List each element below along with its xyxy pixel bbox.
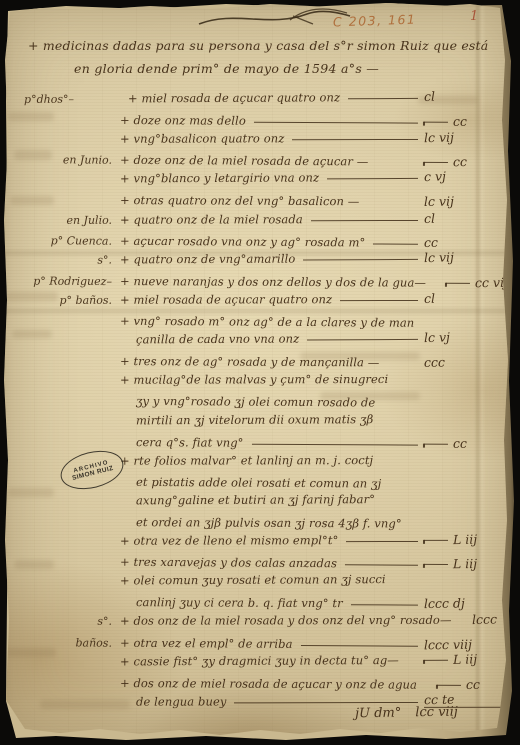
entry-row: + vng°basalicon quatro onzlc vij: [16, 125, 512, 146]
entry-text: + olei comun ʒuy rosati et comun an ʒj s…: [120, 572, 386, 587]
amount-value: cl: [424, 89, 435, 104]
dash-rule: [311, 220, 418, 221]
entry-row: + vng°blanco y letargirio vna onzc vj: [16, 164, 512, 187]
entry-row: mirtili an ʒj vitelorum dii oxum matis ʒ…: [16, 405, 512, 428]
amount-cell: L iij: [424, 532, 512, 547]
amount-value: lc vij: [424, 130, 454, 146]
total-row: jU dm° lcc viij: [355, 704, 505, 722]
margin-label: s°.: [16, 615, 120, 628]
amount-cell: cl: [424, 291, 512, 306]
dash-rule: [346, 541, 418, 542]
entry-row: p°dhos°–+ miel rosada de açucar quatro o…: [16, 83, 512, 106]
amount-value: lc vij: [424, 249, 454, 265]
dash-rule: [303, 259, 418, 261]
entry-row: çanilla de cada vno vna onzlc vj: [16, 325, 512, 348]
entry-text: + quatro onz de vng°amarillo: [120, 251, 295, 266]
total-amount: lcc viij: [415, 705, 458, 721]
amount-value: L iij: [453, 532, 478, 548]
dash-rule: [307, 339, 418, 341]
page-number: 1: [470, 9, 478, 24]
entry-text: axung°galine et butiri an ʒj farinj faba…: [120, 492, 375, 507]
dash-rule: [234, 702, 418, 703]
document-title-line2: en gloria dende prim° de mayo de 1594 a°…: [74, 61, 379, 76]
amount-value: lccc: [471, 612, 496, 628]
amount-value: cl: [424, 210, 435, 225]
entry-text: de lengua buey: [120, 694, 227, 708]
archival-code: C 203, 161: [333, 12, 417, 30]
tick-mark: [446, 283, 470, 284]
document-title-line1: + medicinas dadas para su persona y casa…: [28, 38, 502, 53]
amount-value: cl: [424, 291, 435, 306]
dash-rule: [327, 178, 418, 179]
entry-row: en Julio.+ quatro onz de la miel rosadac…: [16, 205, 512, 226]
amount-value: lc vj: [424, 330, 450, 346]
amount-cell: cl: [424, 210, 512, 225]
margin-label: p° Cuenca.: [16, 234, 120, 248]
amount-cell: c vj: [424, 169, 512, 184]
dash-rule: [340, 300, 418, 301]
margin-label: p°dhos°–: [16, 93, 128, 107]
margin-label: baños.: [16, 636, 120, 650]
amount-cell: lc vij: [424, 130, 512, 145]
entry-text: çanilla de cada vno vna onz: [120, 332, 299, 347]
dash-rule: [292, 139, 418, 140]
amount-cell: lccc: [472, 612, 520, 627]
entry-text: + mucilag°de las malvas y çum° de sinugr…: [120, 372, 388, 387]
entry-text: + vng°blanco y letargirio vna onz: [120, 171, 319, 186]
dash-rule: [351, 605, 418, 606]
entry-text: + dos onz de la miel rosada y dos onz de…: [120, 613, 452, 628]
amount-cell: cl: [424, 88, 512, 103]
tick-mark: [424, 122, 448, 123]
margin-label: en Julio.: [16, 213, 120, 226]
amount-cell: lc vij: [424, 249, 512, 264]
tick-mark: [437, 685, 461, 686]
entry-row: s°.+ dos onz de la miel rosada y dos onz…: [16, 607, 512, 628]
tick-mark: [424, 540, 448, 541]
manuscript-photo: { "photo": { "archival_code": "C 203, 16…: [0, 0, 520, 745]
amount-cell: L iij: [424, 651, 512, 666]
amount-value: L iij: [453, 651, 478, 667]
manuscript-page: C 203, 161 1 + medicinas dadas para su p…: [0, 0, 520, 745]
tick-mark: [424, 659, 448, 660]
dash-rule: [252, 443, 418, 445]
margin-label: [16, 427, 120, 428]
entry-text: mirtili an ʒj vitelorum dii oxum matis ʒ…: [120, 412, 373, 427]
entry-text: + miel rosada de açucar quatro onz: [128, 90, 340, 105]
entry-row: s°.+ quatro onz de vng°amarillolc vij: [16, 244, 512, 267]
margin-label: p° baños.: [16, 294, 120, 307]
entry-row: + otra vez de lleno el mismo empl°t°L ii…: [16, 527, 512, 548]
entry-row: p° baños.+ miel rosada de açucar quatro …: [16, 286, 512, 307]
entry-text: + miel rosada de açucar quatro onz: [120, 292, 332, 307]
total-prefix: jU dm°: [355, 706, 402, 722]
entry-text: + otra vez de lleno el mismo empl°t°: [120, 533, 338, 548]
margin-label: s°.: [16, 253, 120, 267]
dash-rule: [254, 122, 418, 124]
amount-value: c vj: [424, 169, 446, 185]
entry-row: + olei comun ʒuy rosati et comun an ʒj s…: [16, 566, 512, 589]
entry-text: + cassie fist° ʒy dragmici ʒuy in decta …: [120, 653, 399, 668]
amount-cell: lc vj: [424, 330, 512, 345]
entry-text: + quatro onz de la miel rosada: [120, 212, 303, 226]
entry-row: + cassie fist° ʒy dragmici ʒuy in decta …: [16, 646, 512, 669]
entry-text: + rte folios malvar° et lanlinj an m. j.…: [120, 453, 373, 468]
entry-row: + mucilag°de las malvas y çum° de sinugr…: [16, 366, 512, 387]
entry-list: p°dhos°–+ miel rosada de açucar quatro o…: [16, 86, 512, 709]
entry-text: + vng°basalicon quatro onz: [120, 132, 284, 146]
tick-mark: [424, 443, 448, 444]
dash-rule: [348, 98, 418, 99]
